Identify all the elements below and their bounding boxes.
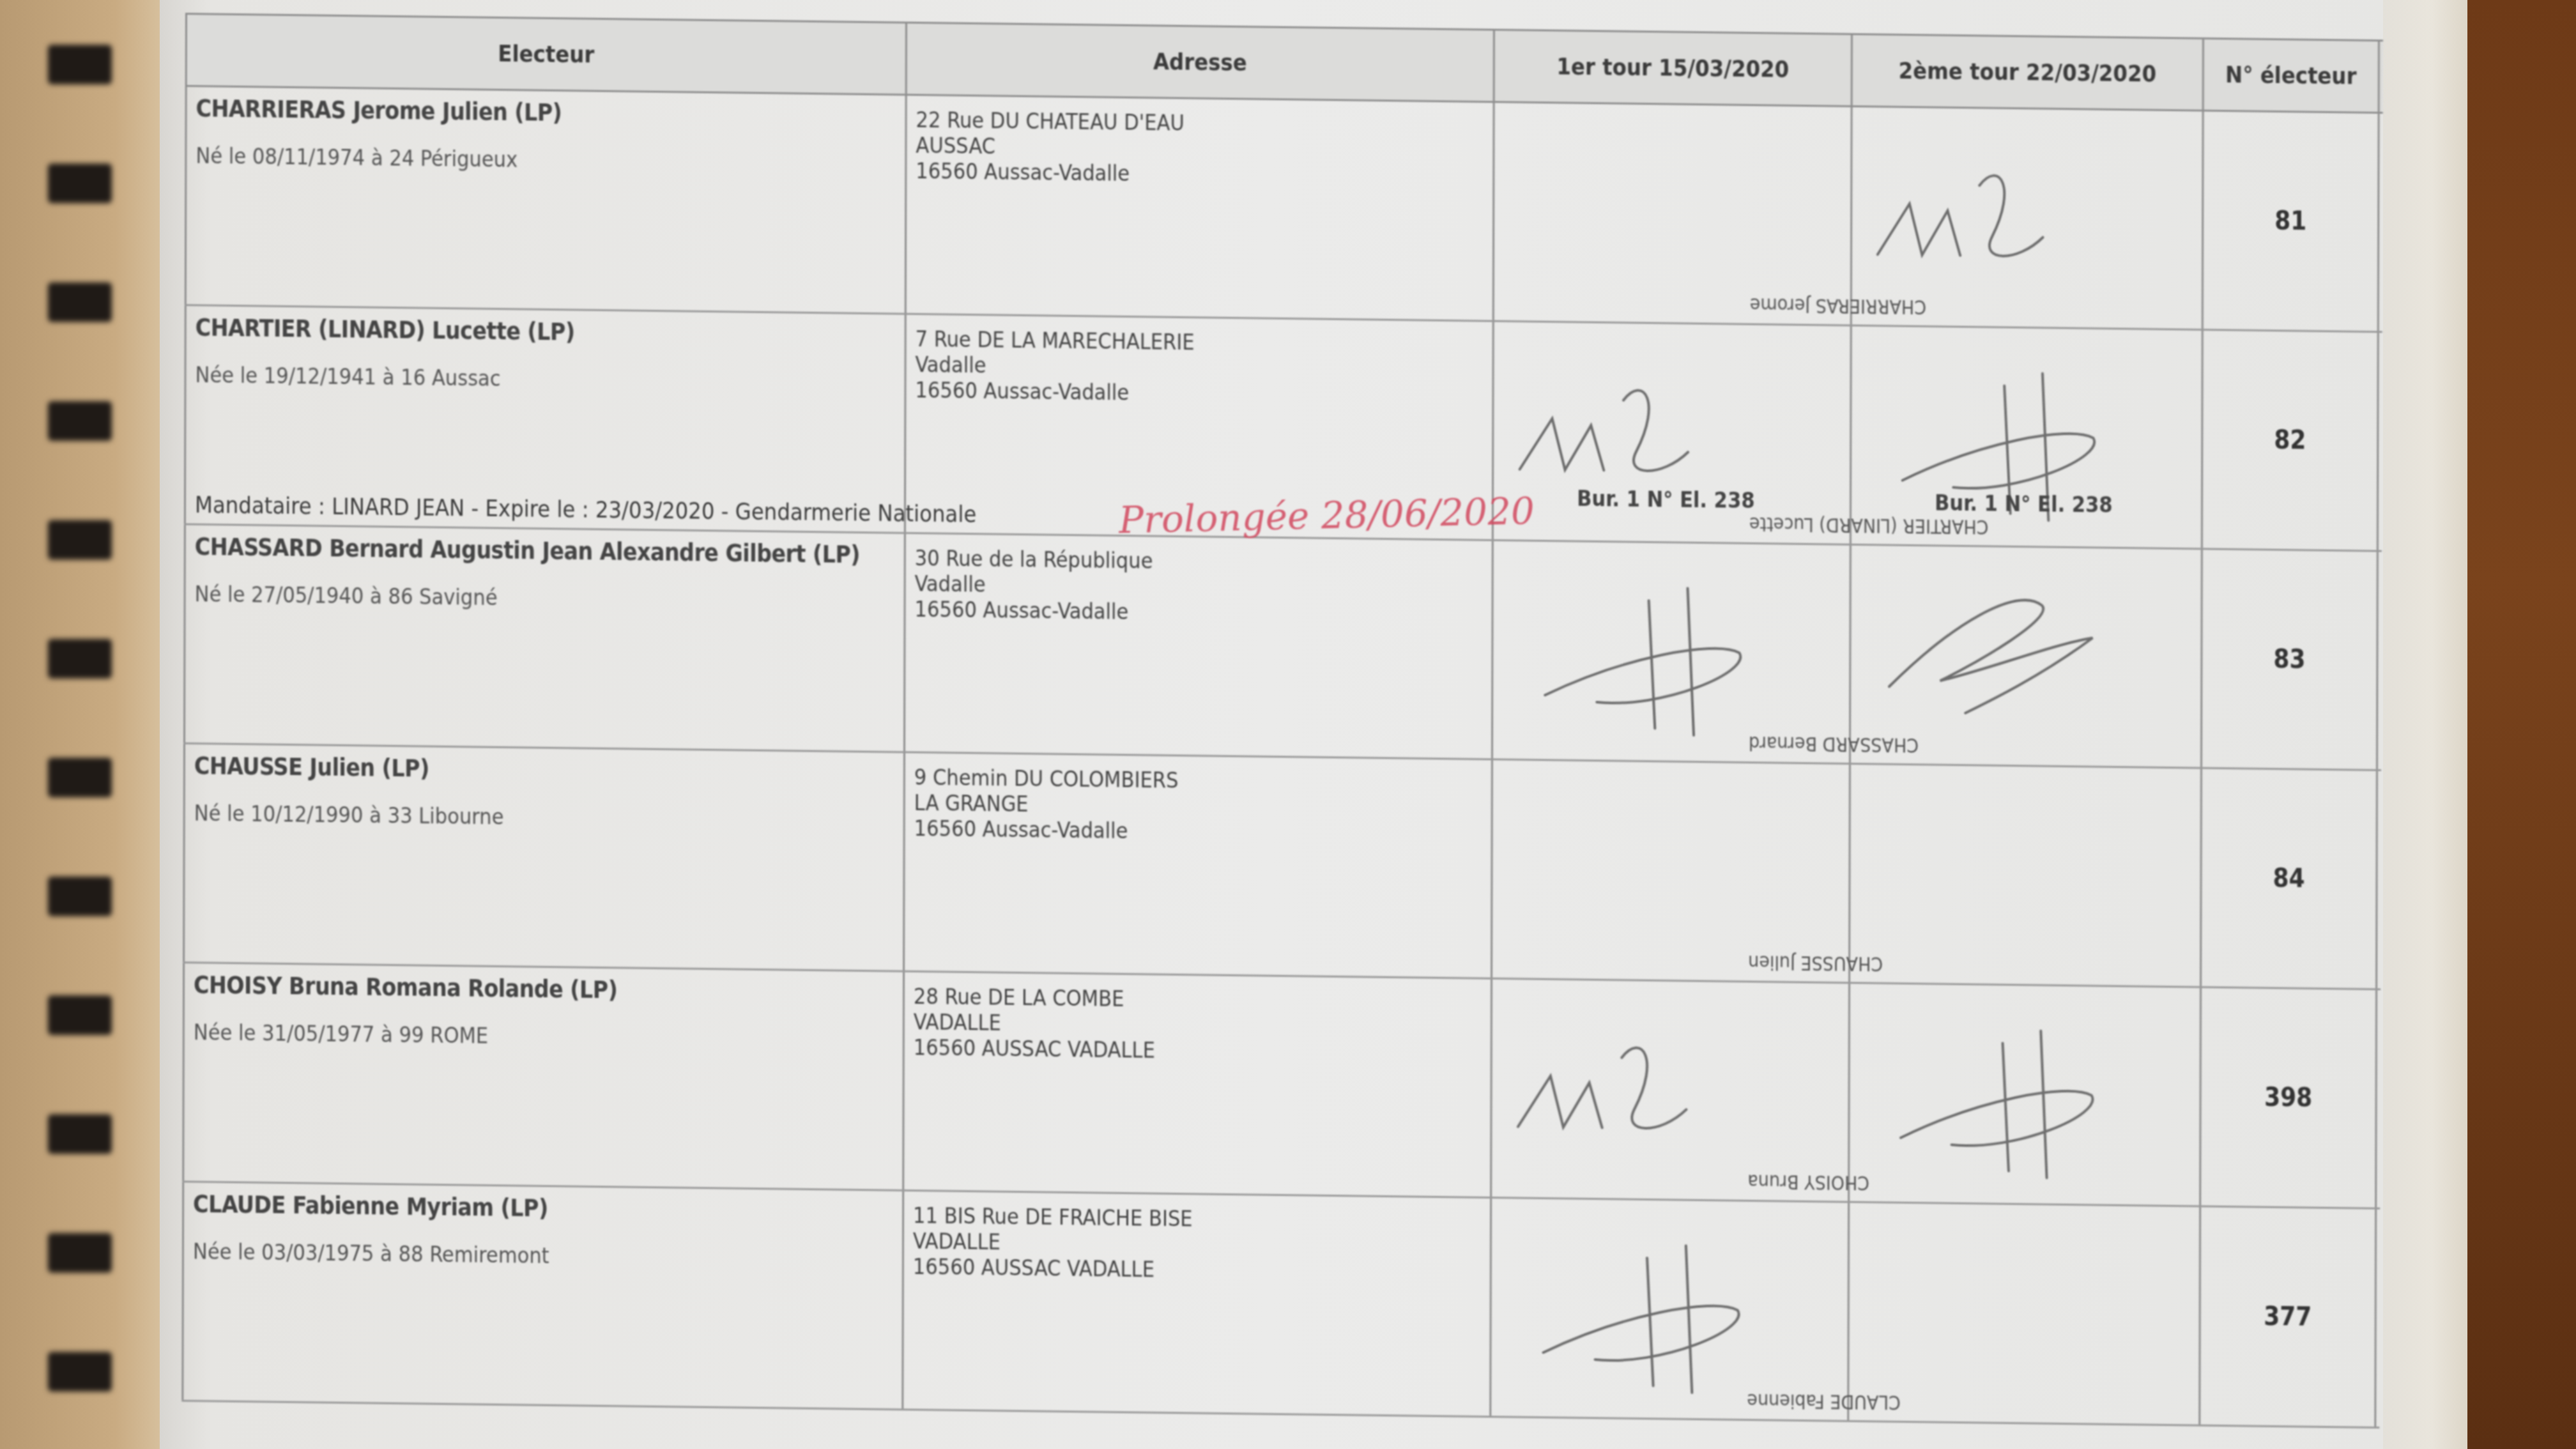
voter-birth: Née le 03/03/1975 à 88 Remiremont bbox=[193, 1239, 549, 1269]
binding-ring bbox=[48, 758, 112, 797]
col-header-round1: 1er tour 15/03/2020 bbox=[1495, 31, 1853, 105]
voter-number: 84 bbox=[2202, 769, 2376, 988]
voter-address: 9 Chemin DU COLOMBIERS LA GRANGE 16560 A… bbox=[914, 765, 1179, 845]
page-edge bbox=[2378, 0, 2467, 1449]
handwritten-signature-icon bbox=[1493, 541, 1850, 763]
voter-cell: CLAUDE Fabienne Myriam (LP) Née le 03/03… bbox=[181, 1183, 904, 1409]
round2-bureau-label: Bur. 1 N° El. 238 bbox=[1935, 490, 2113, 517]
voter-number: 82 bbox=[2203, 331, 2377, 550]
voter-cell: CHAUSSE Julien (LP) Né le 10/12/1990 à 3… bbox=[183, 744, 905, 970]
voter-birth: Né le 10/12/1990 à 33 Libourne bbox=[194, 801, 504, 830]
round2-cell bbox=[1850, 765, 2202, 986]
voter-name: CHOISY Bruna Romana Rolande (LP) bbox=[194, 971, 617, 1004]
voter-birth: Né le 08/11/1974 à 24 Périgueux bbox=[195, 143, 517, 172]
mirrored-signature-name: CLAUDE Fabienne bbox=[1747, 1389, 1901, 1413]
table-body: CHARRIERAS Jerome Julien (LP) Né le 08/1… bbox=[181, 87, 2382, 1429]
voter-number: 377 bbox=[2200, 1207, 2375, 1427]
address-cell: 9 Chemin DU COLOMBIERS LA GRANGE 16560 A… bbox=[905, 753, 1493, 977]
table-row: CHARTIER (LINARD) Lucette (LP) Née le 19… bbox=[184, 306, 2382, 552]
voter-birth: Née le 19/12/1941 à 16 Aussac bbox=[195, 362, 500, 392]
table-row: CHASSARD Bernard Augustin Jean Alexandre… bbox=[183, 525, 2382, 771]
table-row: CLAUDE Fabienne Myriam (LP) Née le 03/03… bbox=[181, 1183, 2380, 1429]
voter-name: CHARRIERAS Jerome Julien (LP) bbox=[196, 95, 562, 126]
binding-ring bbox=[48, 1233, 112, 1273]
signature-round1 bbox=[1493, 541, 1850, 763]
voter-address: 7 Rue DE LA MARECHALERIE Vadalle 16560 A… bbox=[915, 326, 1194, 406]
address-cell: 28 Rue DE LA COMBE VADALLE 16560 AUSSAC … bbox=[904, 972, 1492, 1197]
col-header-round2: 2ème tour 22/03/2020 bbox=[1853, 35, 2204, 110]
number-cell: 82 bbox=[2203, 331, 2379, 550]
voter-birth: Née le 31/05/1977 à 99 ROME bbox=[194, 1020, 488, 1049]
binding-ring bbox=[48, 1114, 112, 1154]
voter-name: CHAUSSE Julien (LP) bbox=[194, 752, 429, 782]
col-header-voter: Electeur bbox=[185, 15, 907, 94]
binding-ring bbox=[48, 639, 112, 678]
signature-round2 bbox=[1850, 765, 2200, 986]
binding-ring bbox=[48, 282, 112, 322]
voter-address: 28 Rue DE LA COMBE VADALLE 16560 AUSSAC … bbox=[914, 984, 1155, 1064]
voter-cell: CHARRIERAS Jerome Julien (LP) Né le 08/1… bbox=[185, 87, 907, 313]
binding-ring bbox=[48, 164, 112, 203]
table-row: CHAUSSE Julien (LP) Né le 10/12/1990 à 3… bbox=[183, 744, 2381, 990]
handwritten-signature-icon bbox=[1491, 1199, 1848, 1420]
voter-number: 81 bbox=[2204, 112, 2378, 331]
number-cell: 81 bbox=[2204, 112, 2380, 331]
voter-cell: CHOISY Bruna Romana Rolande (LP) Née le … bbox=[182, 963, 905, 1190]
round1-cell: CLAUDE Fabienne bbox=[1491, 1199, 1850, 1420]
binding-ring bbox=[48, 45, 112, 84]
binding-ring bbox=[48, 520, 112, 560]
mirrored-signature-name: CHAUSSE Julien bbox=[1748, 951, 1883, 975]
round1-cell: CHOISY Bruna bbox=[1492, 979, 1850, 1201]
number-cell: 84 bbox=[2202, 769, 2378, 988]
binding-ring bbox=[48, 1352, 112, 1391]
number-cell: 83 bbox=[2202, 550, 2379, 769]
voter-number: 398 bbox=[2201, 988, 2375, 1207]
round2-cell bbox=[1850, 984, 2202, 1206]
handwritten-signature-icon bbox=[1850, 984, 2200, 1206]
table-row: CHARRIERAS Jerome Julien (LP) Né le 08/1… bbox=[185, 87, 2383, 333]
mirrored-signature-name: CHARRIERAS Jerome bbox=[1750, 293, 1926, 318]
voter-name: CLAUDE Fabienne Myriam (LP) bbox=[193, 1190, 548, 1222]
signature-round1 bbox=[1494, 103, 1851, 325]
round1-cell: CHARRIERAS Jerome bbox=[1494, 103, 1853, 325]
signature-round2 bbox=[1850, 984, 2200, 1206]
mirrored-signature-name: CHOISY Bruna bbox=[1747, 1170, 1869, 1193]
voter-number: 83 bbox=[2202, 550, 2377, 769]
binding-ring bbox=[48, 877, 112, 916]
address-cell: 22 Rue DU CHATEAU D'EAU AUSSAC 16560 Aus… bbox=[907, 96, 1495, 320]
voter-address: 11 BIS Rue DE FRAICHE BISE VADALLE 16560… bbox=[913, 1203, 1193, 1283]
handwritten-signature-icon bbox=[1492, 979, 1848, 1201]
voter-address: 30 Rue de la République Vadalle 16560 Au… bbox=[915, 546, 1153, 625]
binding-ring bbox=[48, 401, 112, 441]
signature-round1 bbox=[1491, 1199, 1848, 1420]
mirrored-signature-name: CHASSARD Bernard bbox=[1749, 732, 1919, 756]
voter-table: Electeur Adresse 1er tour 15/03/2020 2èm… bbox=[181, 13, 2383, 1429]
register-sheet: Electeur Adresse 1er tour 15/03/2020 2èm… bbox=[160, 0, 2383, 1449]
mirrored-signature-name: CHARTIER (LINARD) Lucette bbox=[1749, 512, 1989, 538]
binding-ring bbox=[48, 995, 112, 1035]
voter-cell: CHASSARD Bernard Augustin Jean Alexandre… bbox=[183, 525, 906, 751]
round1-cell: CHASSARD Bernard bbox=[1493, 541, 1851, 763]
address-cell: 11 BIS Rue DE FRAICHE BISE VADALLE 16560… bbox=[903, 1192, 1492, 1416]
spiral-binding bbox=[38, 0, 128, 1449]
col-header-address: Adresse bbox=[907, 24, 1495, 101]
round1-bureau-label: Bur. 1 N° El. 238 bbox=[1577, 486, 1755, 514]
round1-cell: CHAUSSE Julien bbox=[1492, 760, 1851, 982]
col-header-number: N° électeur bbox=[2204, 40, 2380, 112]
round1-cell: CHARTIER (LINARD) LucetteBur. 1 N° El. 2… bbox=[1494, 322, 1852, 544]
voter-birth: Né le 27/05/1940 à 86 Savigné bbox=[195, 581, 498, 611]
table-row: CHOISY Bruna Romana Rolande (LP) Née le … bbox=[182, 963, 2380, 1209]
number-cell: 398 bbox=[2201, 988, 2377, 1207]
voter-cell: CHARTIER (LINARD) Lucette (LP) Née le 19… bbox=[184, 306, 907, 532]
address-cell: 30 Rue de la République Vadalle 16560 Au… bbox=[905, 534, 1494, 758]
signature-round1 bbox=[1492, 979, 1848, 1201]
signature-round2 bbox=[1849, 1203, 2199, 1425]
signature-round1 bbox=[1492, 760, 1849, 982]
wooden-desk bbox=[2467, 0, 2576, 1449]
voter-address: 22 Rue DU CHATEAU D'EAU AUSSAC 16560 Aus… bbox=[916, 107, 1184, 187]
number-cell: 377 bbox=[2200, 1207, 2377, 1427]
round2-cell bbox=[1849, 1203, 2201, 1425]
voter-name: CHASSARD Bernard Augustin Jean Alexandre… bbox=[195, 533, 860, 569]
proxy-info: Mandataire : LINARD JEAN - Expire le : 2… bbox=[195, 492, 976, 528]
voter-name: CHARTIER (LINARD) Lucette (LP) bbox=[195, 314, 575, 346]
